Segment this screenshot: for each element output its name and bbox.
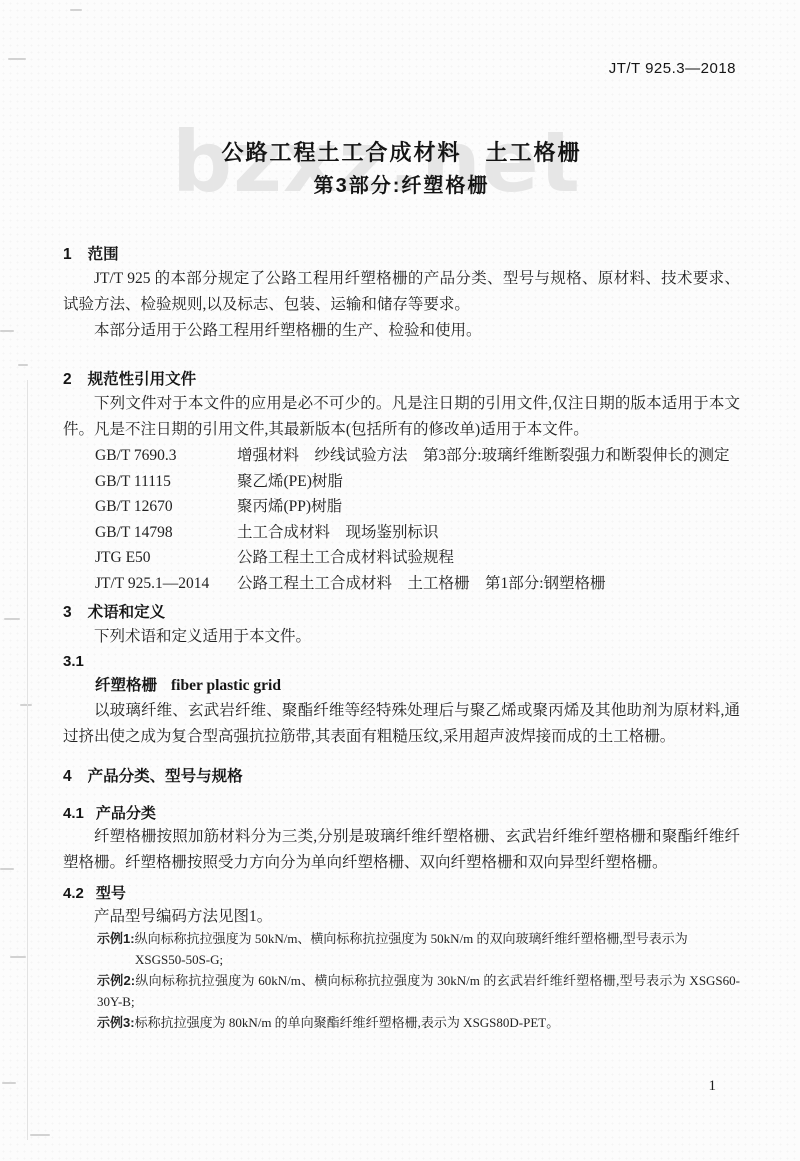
section-1-paragraph-1: JT/T 925 的本部分规定了公路工程用纤塑格栅的产品分类、型号与规格、原材料…: [63, 266, 740, 318]
reference-item: GB/T 14798 土工合成材料 现场鉴别标识: [95, 520, 740, 546]
document-title: 公路工程土工合成材料 土工格栅 第3部分:纤塑格栅: [63, 139, 740, 200]
scan-artifact: [2, 1082, 16, 1084]
section-2-number: 2: [63, 369, 72, 391]
reference-title: 聚丙烯(PP)树脂: [237, 494, 740, 520]
reference-item: GB/T 7690.3 增强材料 纱线试验方法 第3部分:玻璃纤维断裂强力和断裂…: [95, 443, 740, 469]
term-number: 3.1: [63, 650, 740, 674]
section-1-paragraph-2: 本部分适用于公路工程用纤塑格栅的生产、检验和使用。: [63, 318, 740, 344]
scan-artifact: [8, 58, 26, 60]
example-2: 示例2:纵向标称抗拉强度为 60kN/m、横向标称抗拉强度为 30kN/m 的玄…: [97, 970, 740, 1012]
document-content: 公路工程土工合成材料 土工格栅 第3部分:纤塑格栅 1 范围 JT/T 925 …: [0, 139, 800, 1033]
reference-title: 土工合成材料 现场鉴别标识: [237, 520, 740, 546]
reference-code: JT/T 925.1—2014: [95, 571, 237, 597]
section-3-number: 3: [63, 602, 72, 624]
reference-item: GB/T 12670 聚丙烯(PP)树脂: [95, 494, 740, 520]
section-3-title: 术语和定义: [88, 602, 166, 624]
title-line-1: 公路工程土工合成材料 土工格栅: [63, 139, 740, 167]
document-code: JT/T 925.3—2018: [609, 60, 736, 77]
example-2-label: 示例2:: [97, 973, 135, 988]
section-4-heading: 4 产品分类、型号与规格: [63, 766, 740, 788]
section-1-title: 范围: [88, 244, 119, 266]
section-4-number: 4: [63, 766, 72, 788]
term-name-en: fiber plastic grid: [171, 677, 281, 694]
reference-title: 聚乙烯(PE)树脂: [237, 469, 740, 495]
section-4-1-title: 产品分类: [96, 804, 156, 824]
example-1-label: 示例1:: [97, 931, 135, 946]
example-1-continuation: XSGS50-50S-G;: [135, 949, 740, 970]
reference-item: GB/T 11115 聚乙烯(PE)树脂: [95, 469, 740, 495]
example-3-label: 示例3:: [97, 1015, 135, 1030]
example-1: 示例1:纵向标称抗拉强度为 50kN/m、横向标称抗拉强度为 50kN/m 的双…: [97, 928, 740, 949]
section-4-2-number: 4.2: [63, 884, 84, 904]
reference-code: GB/T 7690.3: [95, 443, 237, 469]
reference-code: GB/T 14798: [95, 520, 237, 546]
page-number: 1: [709, 1078, 717, 1095]
section-3-heading: 3 术语和定义: [63, 602, 740, 624]
reference-code: GB/T 11115: [95, 469, 237, 495]
section-4-1-heading: 4.1 产品分类: [63, 804, 740, 824]
section-4-2-title: 型号: [96, 884, 126, 904]
reference-item: JTG E50 公路工程土工合成材料试验规程: [95, 545, 740, 571]
reference-code: JTG E50: [95, 545, 237, 571]
section-2-heading: 2 规范性引用文件: [63, 369, 740, 391]
example-list: 示例1:纵向标称抗拉强度为 50kN/m、横向标称抗拉强度为 50kN/m 的双…: [63, 928, 740, 1033]
term-definition: 以玻璃纤维、玄武岩纤维、聚酯纤维等经特殊处理后与聚乙烯或聚丙烯及其他助剂为原材料…: [63, 698, 740, 750]
reference-item: JT/T 925.1—2014 公路工程土工合成材料 土工格栅 第1部分:钢塑格…: [95, 571, 740, 597]
reference-title: 公路工程土工合成材料 土工格栅 第1部分:钢塑格栅: [237, 571, 740, 597]
section-1-number: 1: [63, 244, 72, 266]
reference-list: GB/T 7690.3 增强材料 纱线试验方法 第3部分:玻璃纤维断裂强力和断裂…: [63, 443, 740, 596]
title-line-2: 第3部分:纤塑格栅: [63, 173, 740, 200]
document-page: { "colors": { "background": "#fcfcfc", "…: [0, 0, 800, 1161]
scan-artifact: [70, 9, 82, 11]
section-4-1-number: 4.1: [63, 804, 84, 824]
example-3-text: 标称抗拉强度为 80kN/m 的单向聚酯纤维纤塑格栅,表示为 XSGS80D-P…: [135, 1015, 560, 1030]
section-4-2-heading: 4.2 型号: [63, 884, 740, 904]
term-entry: 纤塑格栅fiber plastic grid: [95, 674, 740, 698]
example-3: 示例3:标称抗拉强度为 80kN/m 的单向聚酯纤维纤塑格栅,表示为 XSGS8…: [97, 1012, 740, 1033]
scan-artifact: [30, 1134, 50, 1136]
section-3-paragraph: 下列术语和定义适用于本文件。: [63, 624, 740, 650]
example-1-text: 纵向标称抗拉强度为 50kN/m、横向标称抗拉强度为 50kN/m 的双向玻璃纤…: [135, 931, 688, 946]
reference-title: 增强材料 纱线试验方法 第3部分:玻璃纤维断裂强力和断裂伸长的测定: [237, 443, 740, 469]
section-4-1-paragraph: 纤塑格栅按照加筋材料分为三类,分别是玻璃纤维纤塑格栅、玄武岩纤维纤塑格栅和聚酯纤…: [63, 824, 740, 876]
section-4-2-paragraph: 产品型号编码方法见图1。: [63, 904, 740, 930]
section-1-heading: 1 范围: [63, 244, 740, 266]
section-2-title: 规范性引用文件: [88, 369, 197, 391]
reference-title: 公路工程土工合成材料试验规程: [237, 545, 740, 571]
reference-code: GB/T 12670: [95, 494, 237, 520]
example-2-text: 纵向标称抗拉强度为 60kN/m、横向标称抗拉强度为 30kN/m 的玄武岩纤维…: [97, 973, 740, 1009]
section-4-title: 产品分类、型号与规格: [88, 766, 243, 788]
term-name-zh: 纤塑格栅: [95, 677, 157, 694]
section-2-paragraph: 下列文件对于本文件的应用是必不可少的。凡是注日期的引用文件,仅注日期的版本适用于…: [63, 391, 740, 443]
